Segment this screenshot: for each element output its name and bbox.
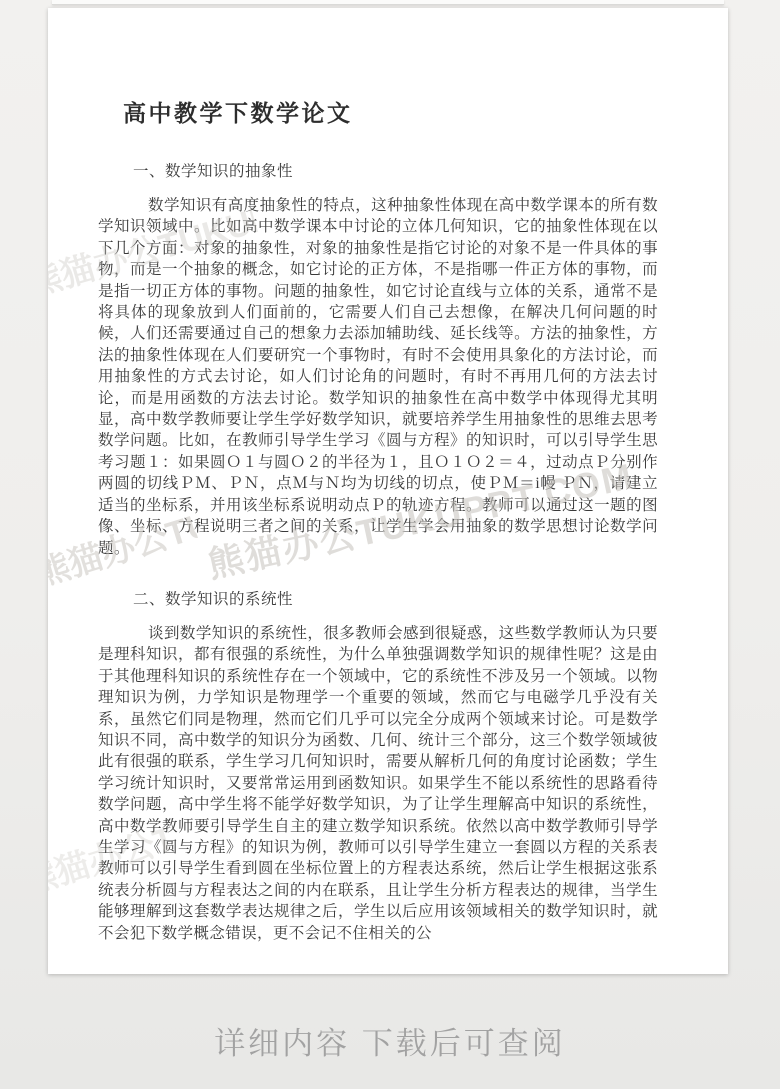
- footer-caption: 详细内容 下载后可查阅: [0, 1018, 780, 1063]
- document-title: 高中教学下数学论文: [123, 95, 658, 128]
- previous-page-bottom-edge: [52, 0, 724, 5]
- section-2-paragraph: 谈到数学知识的系统性，很多教师会感到很疑惑，这些数学教师认为只要是理科知识，都有…: [98, 623, 658, 944]
- section-1-paragraph: 数学知识有高度抽象性的特点，这种抽象性体现在高中数学课本的所有数学知识领域中。比…: [98, 195, 658, 559]
- section-2-heading: 二、数学知识的系统性: [133, 589, 658, 610]
- section-1-heading: 一、数学知识的抽象性: [133, 161, 658, 182]
- document-preview-canvas: 熊猫办公TUKUPPT.COM 熊猫办公TUKUPPT.COM 熊猫办公TUKU…: [0, 0, 780, 1089]
- document-page: 熊猫办公TUKUPPT.COM 熊猫办公TUKUPPT.COM 熊猫办公TUKU…: [48, 8, 728, 974]
